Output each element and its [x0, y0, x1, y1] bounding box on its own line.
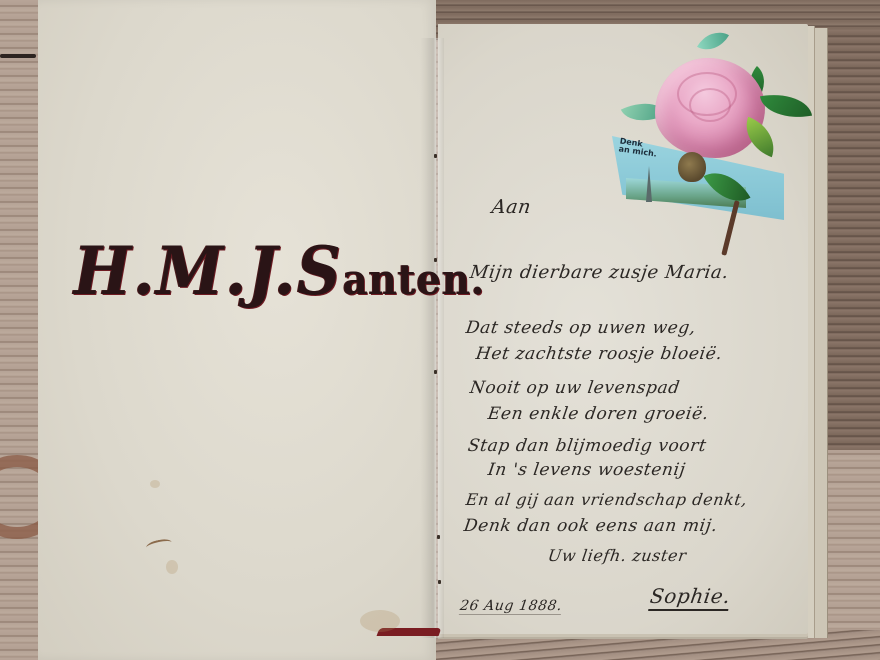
book-gutter — [420, 38, 444, 638]
binding-stitch — [434, 154, 437, 158]
monogram-title: H.M.J.Santen. — [74, 232, 485, 310]
wood-crack — [0, 54, 36, 58]
poem-line: In 's levens woestenij — [487, 460, 687, 480]
poem-line: Nooit op uw levenspad — [469, 378, 682, 398]
paper-stain — [150, 480, 160, 488]
paper-stain — [166, 560, 178, 574]
wood-table-right — [826, 30, 880, 450]
signature: Sophie. — [648, 584, 732, 611]
binding-stitch — [437, 535, 440, 539]
left-page — [38, 0, 436, 660]
binding-stitch — [438, 580, 441, 584]
poem-line: Denk dan ook eens aan mij. — [463, 516, 719, 536]
closing-text: Uw liefh. zuster — [547, 546, 688, 565]
poem-line: Een enkle doren groeië. — [487, 404, 711, 424]
monogram-surname: anten. — [343, 255, 486, 304]
addressee-text: Mijn dierbare zusje Maria. — [469, 262, 731, 283]
monogram-initials: H.M.J.S — [74, 232, 343, 310]
poem-line: Dat steeds op uwen weg, — [465, 318, 698, 338]
date-text: 26 Aug 1888. — [459, 598, 563, 615]
poem-line: Het zachtste roosje bloeië. — [475, 344, 724, 364]
paper-stain — [360, 610, 400, 632]
pink-rose — [655, 58, 765, 158]
rose-bud — [678, 152, 706, 182]
poem-line: En al gij aan vriendschap denkt, — [465, 490, 749, 509]
greeting-text: Aan — [490, 196, 532, 218]
poem-line: Stap dan blijmoedig voort — [467, 436, 708, 456]
binding-stitch — [434, 370, 437, 374]
